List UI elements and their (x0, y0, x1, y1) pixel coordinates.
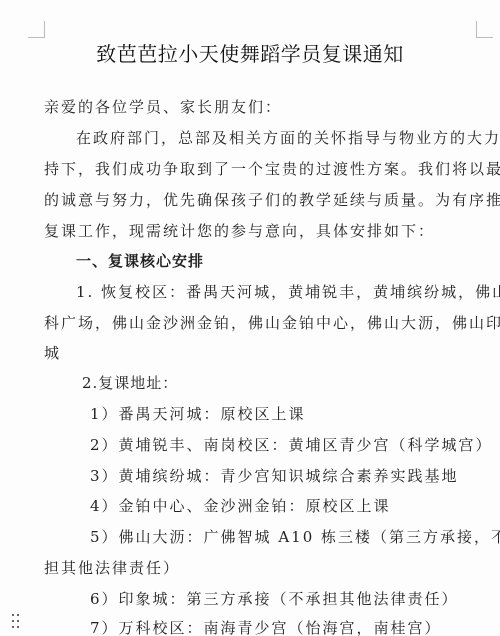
margin-corner-right-icon (476, 21, 493, 38)
item1-line: 1. 恢复校区：番禺天河城，黄埔锐丰，黄埔缤纷城，佛山万 (76, 281, 500, 302)
address-item-continued: 担其他法律责任） (44, 557, 180, 578)
drag-grip-icon[interactable] (12, 614, 22, 630)
address-item: 6）印象城：第三方承接（不承担其他法律责任） (90, 588, 459, 609)
item1-line: 科广场，佛山金沙洲金铂，佛山金铂中心，佛山大沥，佛山印象 (44, 312, 500, 333)
greeting: 亲爱的各位学员、家长朋友们： (44, 96, 282, 117)
address-item: 4）金铂中心、金沙洲金铂：原校区上课 (90, 495, 391, 516)
intro-line: 在政府部门，总部及相关方面的关怀指导与物业方的大力支 (76, 127, 500, 148)
address-item: 1）番禺天河城：原校区上课 (90, 403, 306, 424)
item2-heading: 2.复课地址： (82, 372, 178, 393)
intro-line: 的诚意与努力，优先确保孩子们的教学延续与质量。为有序推进 (44, 189, 500, 210)
margin-corner-left-icon (28, 21, 45, 38)
address-item: 5）佛山大沥：广佛智城 A10 栋三楼（第三方承接，不承 (90, 526, 500, 547)
item1-line: 城 (44, 342, 61, 363)
address-item: 3）黄埔缤纷城：青少宫知识城综合素养实践基地 (90, 465, 459, 486)
document-title: 致芭芭拉小天使舞蹈学员复课通知 (0, 38, 500, 67)
address-item: 2）黄埔锐丰、南岗校区：黄埔区青少宫（科学城宫） (90, 434, 493, 455)
intro-line: 复课工作，现需统计您的参与意向，具体安排如下： (44, 220, 435, 241)
address-item: 7）万科校区：南海青少宫（怡海宫，南桂宫） (90, 617, 442, 636)
section-heading: 一、复课核心安排 (76, 250, 204, 271)
intro-line: 持下，我们成功争取到了一个宝贵的过渡性方案。我们将以最大 (44, 158, 500, 179)
